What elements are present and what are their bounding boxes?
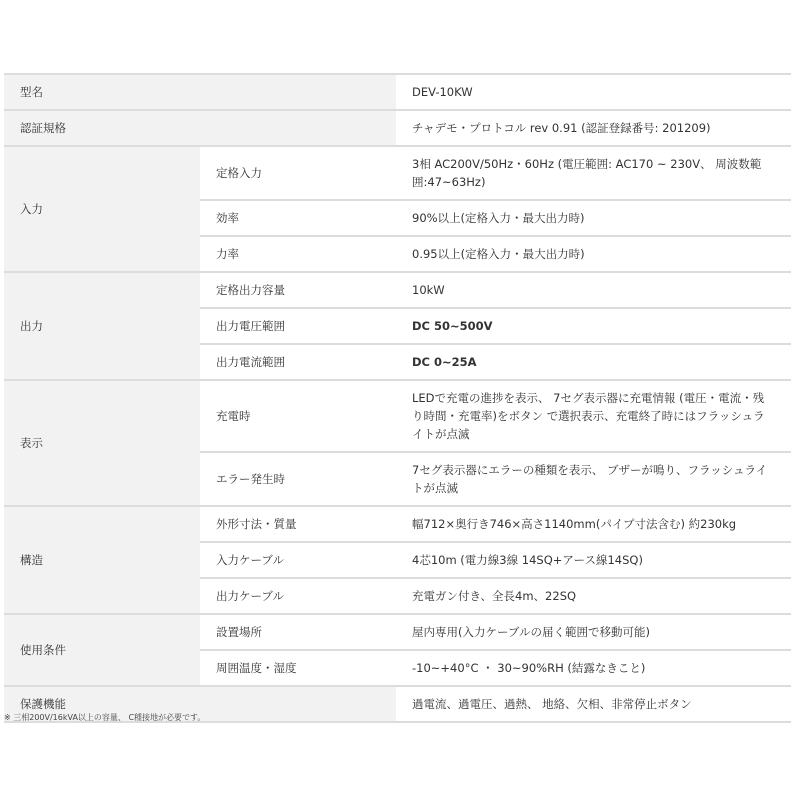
sub-value: 幅712×奥行き746×高さ1140mm(パイプ寸法含む) 約230kg (396, 506, 791, 542)
sub-value: -10~+40°C ・ 30~90%RH (結露なきこと) (396, 650, 791, 686)
sub-label: 入力ケーブル (200, 542, 396, 578)
sub-label: 定格出力容量 (200, 272, 396, 308)
sub-value: 10kW (396, 272, 791, 308)
footnote: ※ 三相200V/16kVA以上の容量、 C種接地が必要です。 (4, 712, 205, 723)
spec-table: 型名 DEV-10KW 認証規格 チャデモ・プロトコル rev 0.91 (認証… (4, 73, 791, 723)
sub-label: 出力ケーブル (200, 578, 396, 614)
table-row: 認証規格 チャデモ・プロトコル rev 0.91 (認証登録番号: 201209… (4, 110, 791, 146)
sub-label: 設置場所 (200, 614, 396, 650)
sub-label: 力率 (200, 236, 396, 272)
sub-value: DC 0~25A (396, 344, 791, 380)
table-row: 出力 定格出力容量 10kW (4, 272, 791, 308)
sub-value: 90%以上(定格入力・最大出力時) (396, 200, 791, 236)
sub-value: LEDで充電の進捗を表示、 7セグ表示器に充電情報 (電圧・電流・残り時間・充電… (396, 380, 791, 452)
group-label-structure: 構造 (4, 506, 200, 614)
table-row: 構造 外形寸法・質量 幅712×奥行き746×高さ1140mm(パイプ寸法含む)… (4, 506, 791, 542)
sub-value: 4芯10m (電力線3線 14SQ+アース線14SQ) (396, 542, 791, 578)
sub-label: 出力電流範囲 (200, 344, 396, 380)
row-value-protection: 過電流、過電圧、過熱、 地絡、欠相、非常停止ボタン (396, 686, 791, 722)
row-label-model: 型名 (4, 74, 396, 110)
sub-label: 外形寸法・質量 (200, 506, 396, 542)
row-label-certification: 認証規格 (4, 110, 396, 146)
group-label-conditions: 使用条件 (4, 614, 200, 686)
sub-label: 定格入力 (200, 146, 396, 200)
group-label-input: 入力 (4, 146, 200, 272)
group-label-output: 出力 (4, 272, 200, 380)
sub-label: 充電時 (200, 380, 396, 452)
sub-value: DC 50~500V (396, 308, 791, 344)
sub-label: 効率 (200, 200, 396, 236)
table-row: 入力 定格入力 3相 AC200V/50Hz・60Hz (電圧範囲: AC170… (4, 146, 791, 200)
sub-value: 7セグ表示器にエラーの種類を表示、 ブザーが鳴り、フラッシュライトが点滅 (396, 452, 791, 506)
table-row: 型名 DEV-10KW (4, 74, 791, 110)
group-label-display: 表示 (4, 380, 200, 506)
sub-value: 屋内専用(入力ケーブルの届く範囲で移動可能) (396, 614, 791, 650)
row-value-model: DEV-10KW (396, 74, 791, 110)
table-row: 表示 充電時 LEDで充電の進捗を表示、 7セグ表示器に充電情報 (電圧・電流・… (4, 380, 791, 452)
sub-label: 周囲温度・湿度 (200, 650, 396, 686)
table-row: 使用条件 設置場所 屋内専用(入力ケーブルの届く範囲で移動可能) (4, 614, 791, 650)
sub-value: 充電ガン付き、全長4m、22SQ (396, 578, 791, 614)
sub-label: 出力電圧範囲 (200, 308, 396, 344)
sub-value: 0.95以上(定格入力・最大出力時) (396, 236, 791, 272)
sub-label: エラー発生時 (200, 452, 396, 506)
row-value-certification: チャデモ・プロトコル rev 0.91 (認証登録番号: 201209) (396, 110, 791, 146)
sub-value: 3相 AC200V/50Hz・60Hz (電圧範囲: AC170 ~ 230V、… (396, 146, 791, 200)
